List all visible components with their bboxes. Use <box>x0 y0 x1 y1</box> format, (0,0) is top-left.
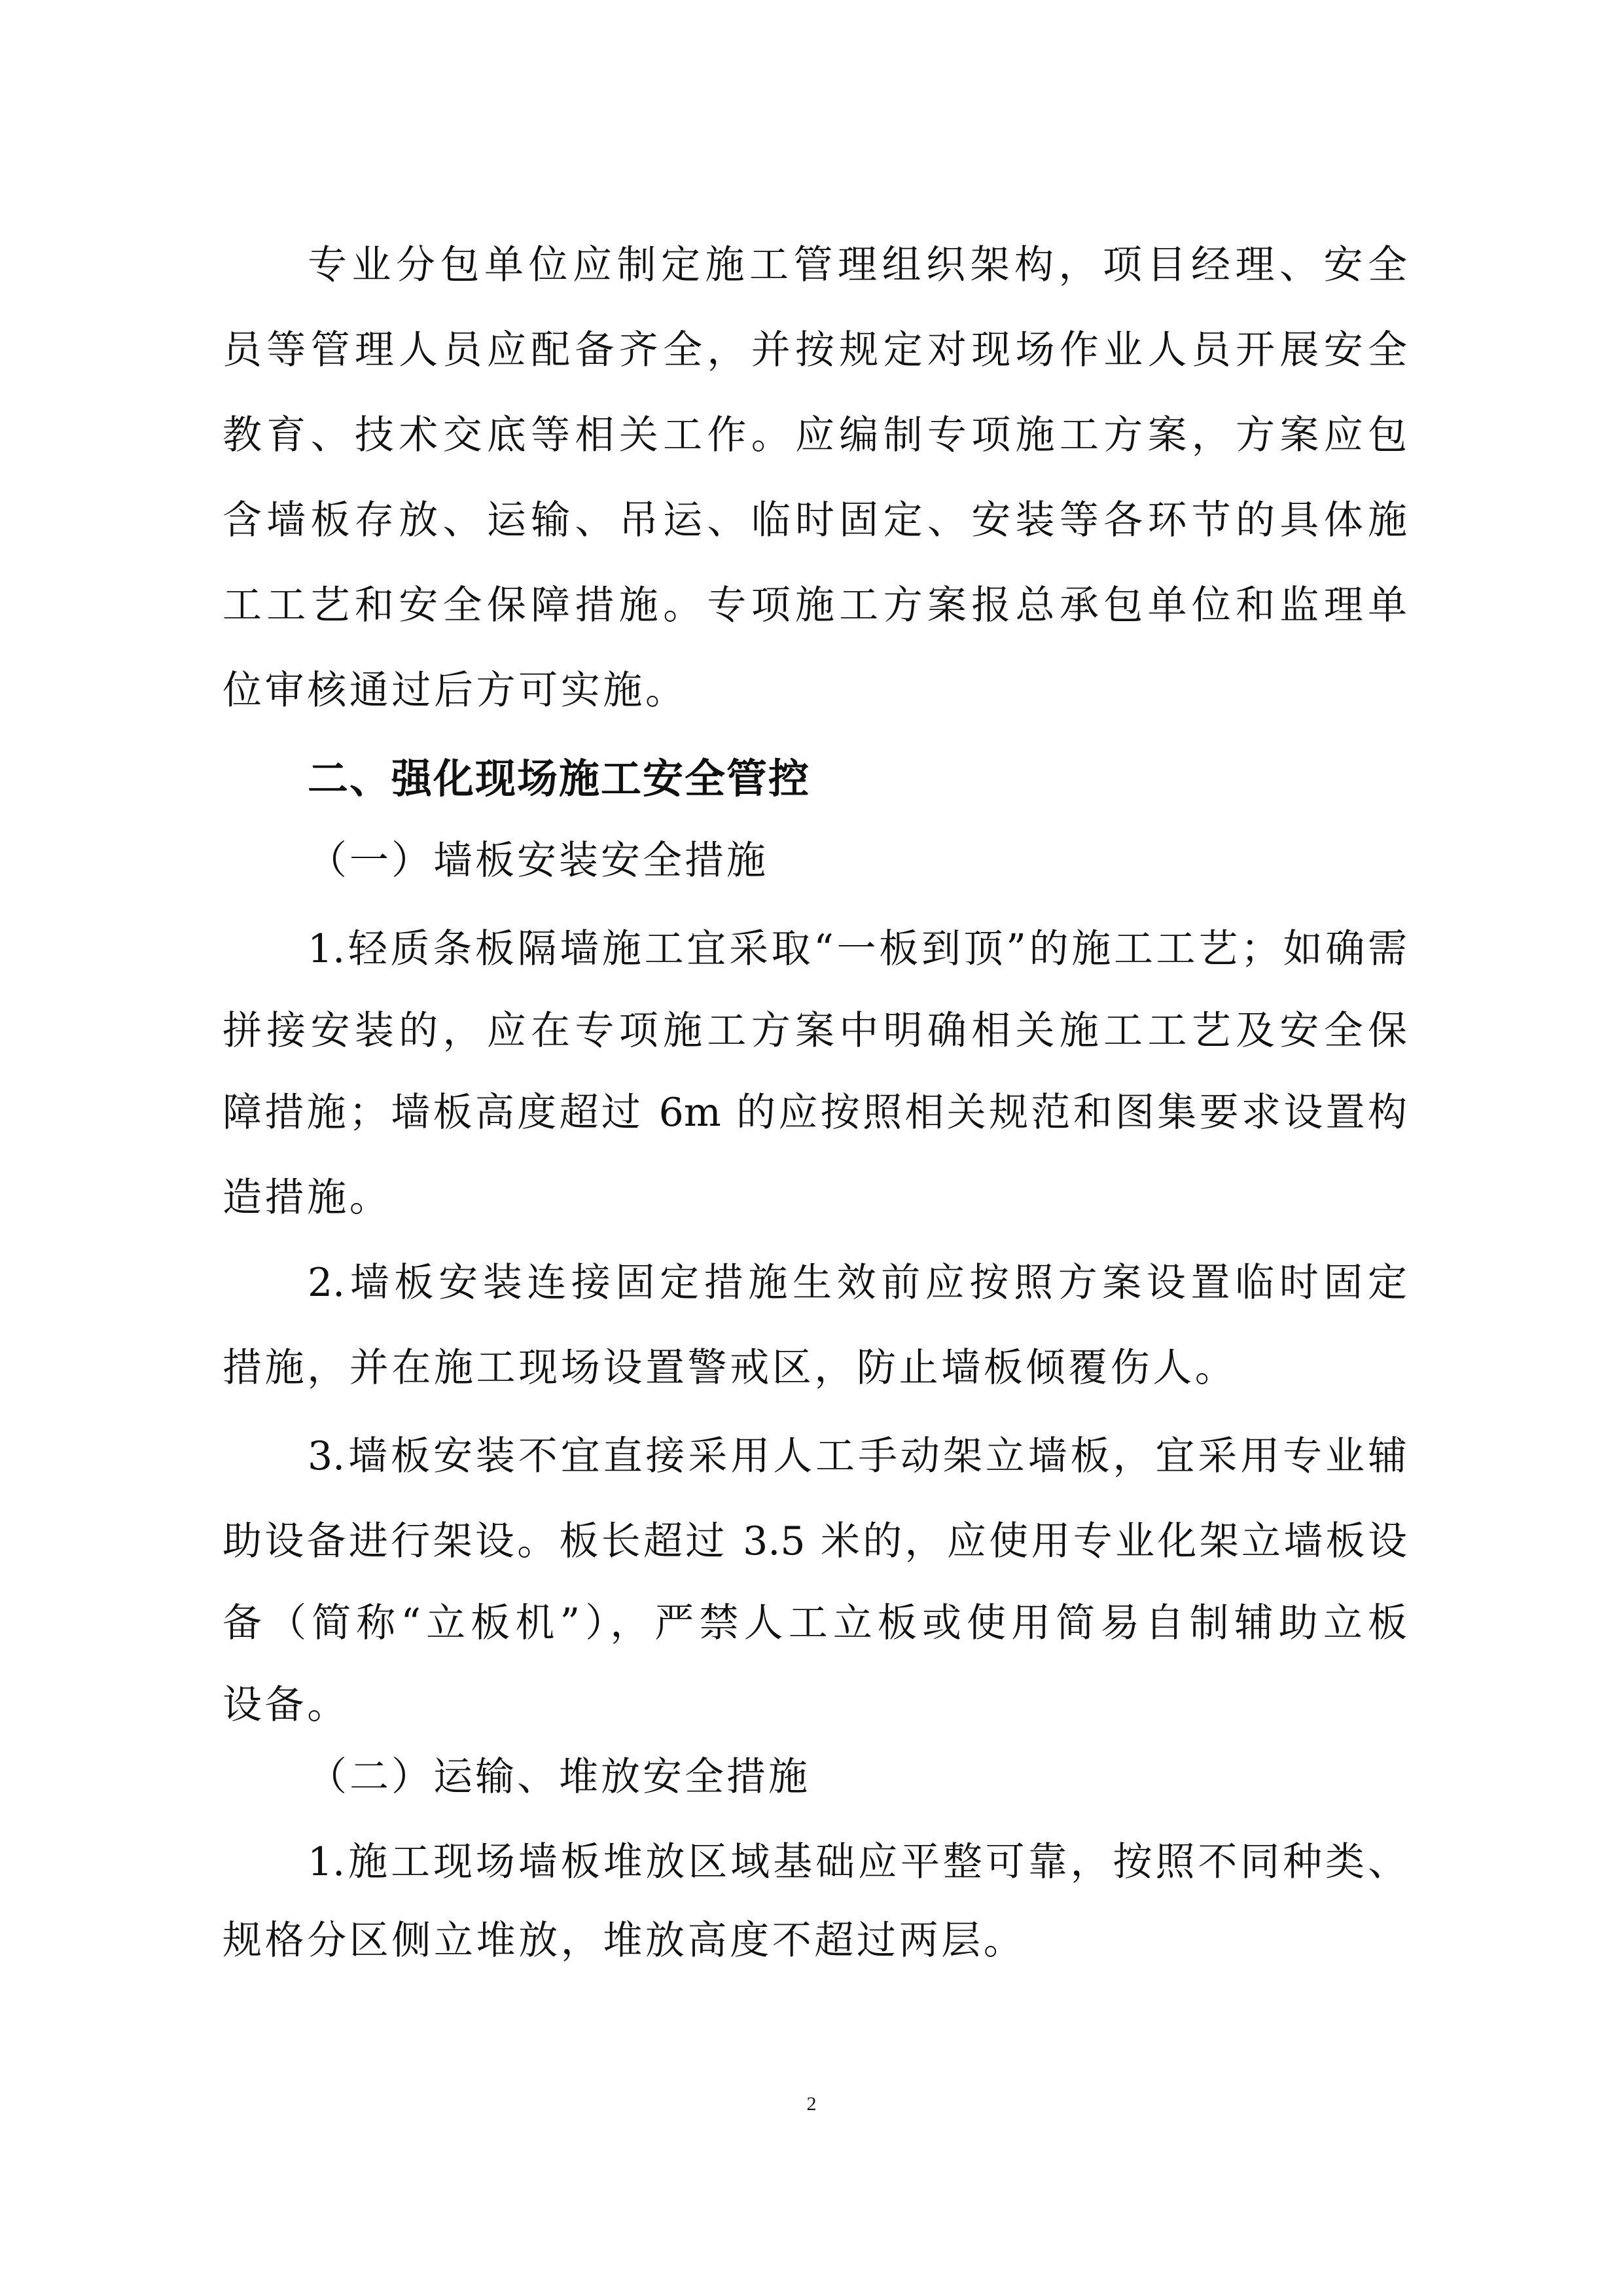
text-line: 措施，并在施工现场设置警戒区，防止墙板倾覆伤人。 <box>223 1342 1407 1394</box>
section-heading: 二、强化现场施工安全管控 <box>308 753 1407 805</box>
text-line: 工工艺和安全保障措施。专项施工方案报总承包单位和监理单 <box>223 579 1407 632</box>
text-line: 规格分区侧立堆放，堆放高度不超过两层。 <box>223 1914 1407 1967</box>
document-page: 专业分包单位应制定施工管理组织架构，项目经理、安全 员等管理人员应配备齐全，并按… <box>0 0 1623 2296</box>
text-line: 设备。 <box>223 1679 1407 1731</box>
text-line: 教育、技术交底等相关工作。应编制专项施工方案，方案应包 <box>223 409 1407 461</box>
text-line: 3.墙板安装不宜直接采用人工手动架立墙板，宜采用专业辅 <box>308 1430 1407 1482</box>
text-line: 含墙板存放、运输、吊运、临时固定、安装等各环节的具体施 <box>223 494 1407 547</box>
subsection-heading: （一）墙板安装安全措施 <box>308 834 1407 887</box>
text-line: 位审核通过后方可实施。 <box>223 664 1407 717</box>
subsection-heading: （二）运输、堆放安全措施 <box>308 1751 1407 1803</box>
text-line: 1.施工现场墙板堆放区域基础应平整可靠，按照不同种类、 <box>308 1836 1407 1888</box>
text-line: 专业分包单位应制定施工管理组织架构，项目经理、安全 <box>308 239 1407 291</box>
text-line: 助设备进行架设。板长超过 3.5 米的，应使用专业化架立墙板设 <box>223 1515 1407 1568</box>
text-line: 障措施；墙板高度超过 6m 的应按照相关规范和图集要求设置构 <box>223 1086 1407 1139</box>
page-number: 2 <box>785 2091 838 2117</box>
text-line: 员等管理人员应配备齐全，并按规定对现场作业人员开展安全 <box>223 324 1407 376</box>
text-line: 造措施。 <box>223 1172 1407 1224</box>
text-line: 备（简称“立板机”），严禁人工立板或使用简易自制辅助立板 <box>223 1597 1407 1649</box>
text-line: 拼接安装的，应在专项施工方案中明确相关施工工艺及安全保 <box>223 1005 1407 1057</box>
text-line: 1.轻质条板隔墙施工宜采取“一板到顶”的施工工艺；如确需 <box>308 923 1407 975</box>
text-line: 2.墙板安装连接固定措施生效前应按照方案设置临时固定 <box>308 1257 1407 1309</box>
